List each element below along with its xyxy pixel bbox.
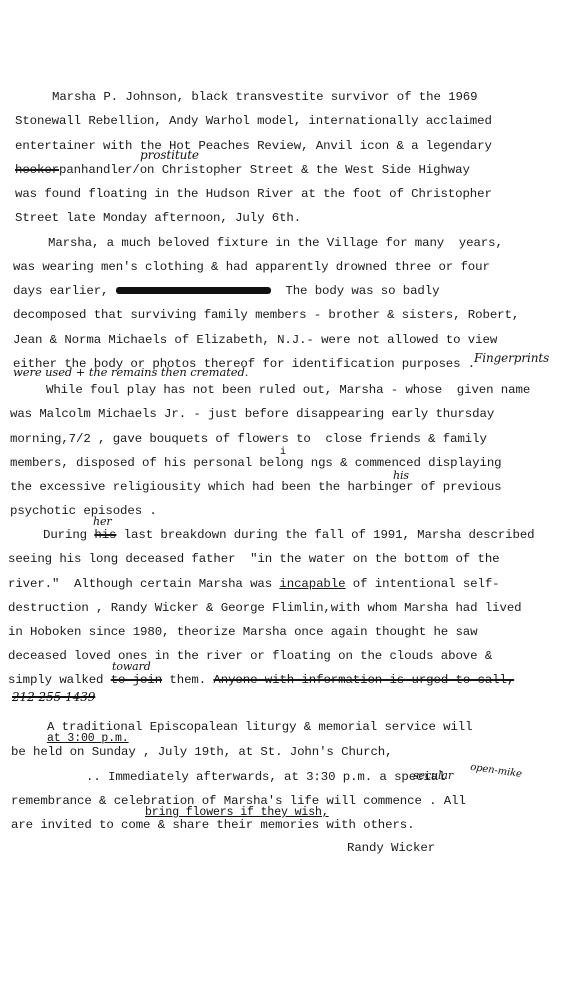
p4-line-4: destruction , Randy Wicker & George Flim… [8,601,522,615]
struck-word-his: his [94,528,116,542]
struck-call-request: Anyone with information is urged to call… [213,673,514,687]
p3-line-4: members, disposed of his personal belong… [10,456,502,470]
p1-line-3: entertainer with the Hot Peaches Review,… [15,139,492,153]
redaction-mark [116,287,271,294]
p4-line-2: seeing his long deceased father "in the … [8,552,500,566]
p4-line-7-mid: them. [162,673,213,687]
p1-line-4-rest: panhandler/on Christopher Street & the W… [59,163,470,177]
p1-line-1: Marsha P. Johnson, black transvestite su… [52,90,477,104]
p1-line-4: hookerpanhandler/on Christopher Street &… [15,163,470,177]
p2-line-2: was wearing men's clothing & had apparen… [13,260,490,274]
p3-line-1: While foul play has not been ruled out, … [46,383,530,397]
document-page: Marsha P. Johnson, black transvestite su… [0,0,571,1000]
insert-time-3pm: at 3:00 p.m. [47,733,129,745]
p4-line-7: simply walked to join them. Anyone with … [8,673,514,687]
prostitute-annotation: prostitute [140,149,199,161]
struck-words-to-join: to join [111,673,162,687]
p4-line-1: During his last breakdown during the fal… [43,528,535,542]
p6-line-1: .. Immediately afterwards, at 3:30 p.m. … [86,770,445,784]
p4-line-3-start: river." Although certain Marsha was [8,577,279,591]
p1-line-5: was found floating in the Hudson River a… [15,187,492,201]
struck-phone-number: 212-255-1439 [12,691,95,703]
signature: Randy Wicker [347,841,435,855]
insert-toward: toward [112,661,151,673]
p2-line-1: Marsha, a much beloved fixture in the Vi… [48,236,503,250]
cremated-annotation: were used + the remains then cremated. [13,366,248,378]
p4-line-3-end: of intentional self- [345,577,499,591]
insert-her: her [93,516,112,528]
p4-line-1-start: During [43,528,94,542]
p1-line-2: Stonewall Rebellion, Andy Warhol model, … [15,114,492,128]
p2-line-4: decomposed that surviving family members… [13,308,519,322]
p2-line-3: days earlier, The body was so badly [13,284,439,298]
p1-line-6: Street late Monday afternoon, July 6th. [15,211,301,225]
underlined-word-incapable: incapable [279,577,345,591]
p2-line-3-start: days earlier, [13,284,116,298]
p4-line-1-rest: last breakdown during the fall of 1991, … [116,528,534,542]
p4-line-6: deceased loved ones in the river or floa… [8,649,492,663]
p2-line-5: Jean & Norma Michaels of Elizabeth, N.J.… [13,333,497,347]
struck-word-hooker: hooker [15,163,59,177]
p4-line-3: river." Although certain Marsha was inca… [8,577,500,591]
p3-line-2: was Malcolm Michaels Jr. - just before d… [10,407,494,421]
p6-line-3: are invited to come & share their memori… [11,818,414,832]
p4-line-5: in Hoboken since 1980, theorize Marsha o… [8,625,477,639]
p3-line-5: the excessive religiousity which had bee… [10,480,502,494]
p3-line-6: psychotic episodes . [10,504,157,518]
p2-line-3-end: The body was so badly [285,284,439,298]
secular-annotation: secular [413,770,453,782]
p3-line-3: morning,7/2 , gave bouquets of flowers t… [10,432,487,446]
fingerprints-annotation: Fingerprints [474,352,549,364]
p5-line-2: be held on Sunday , July 19th, at St. Jo… [11,745,392,759]
p4-line-7-start: simply walked [8,673,111,687]
open-mike-annotation: open-mike [470,762,531,781]
